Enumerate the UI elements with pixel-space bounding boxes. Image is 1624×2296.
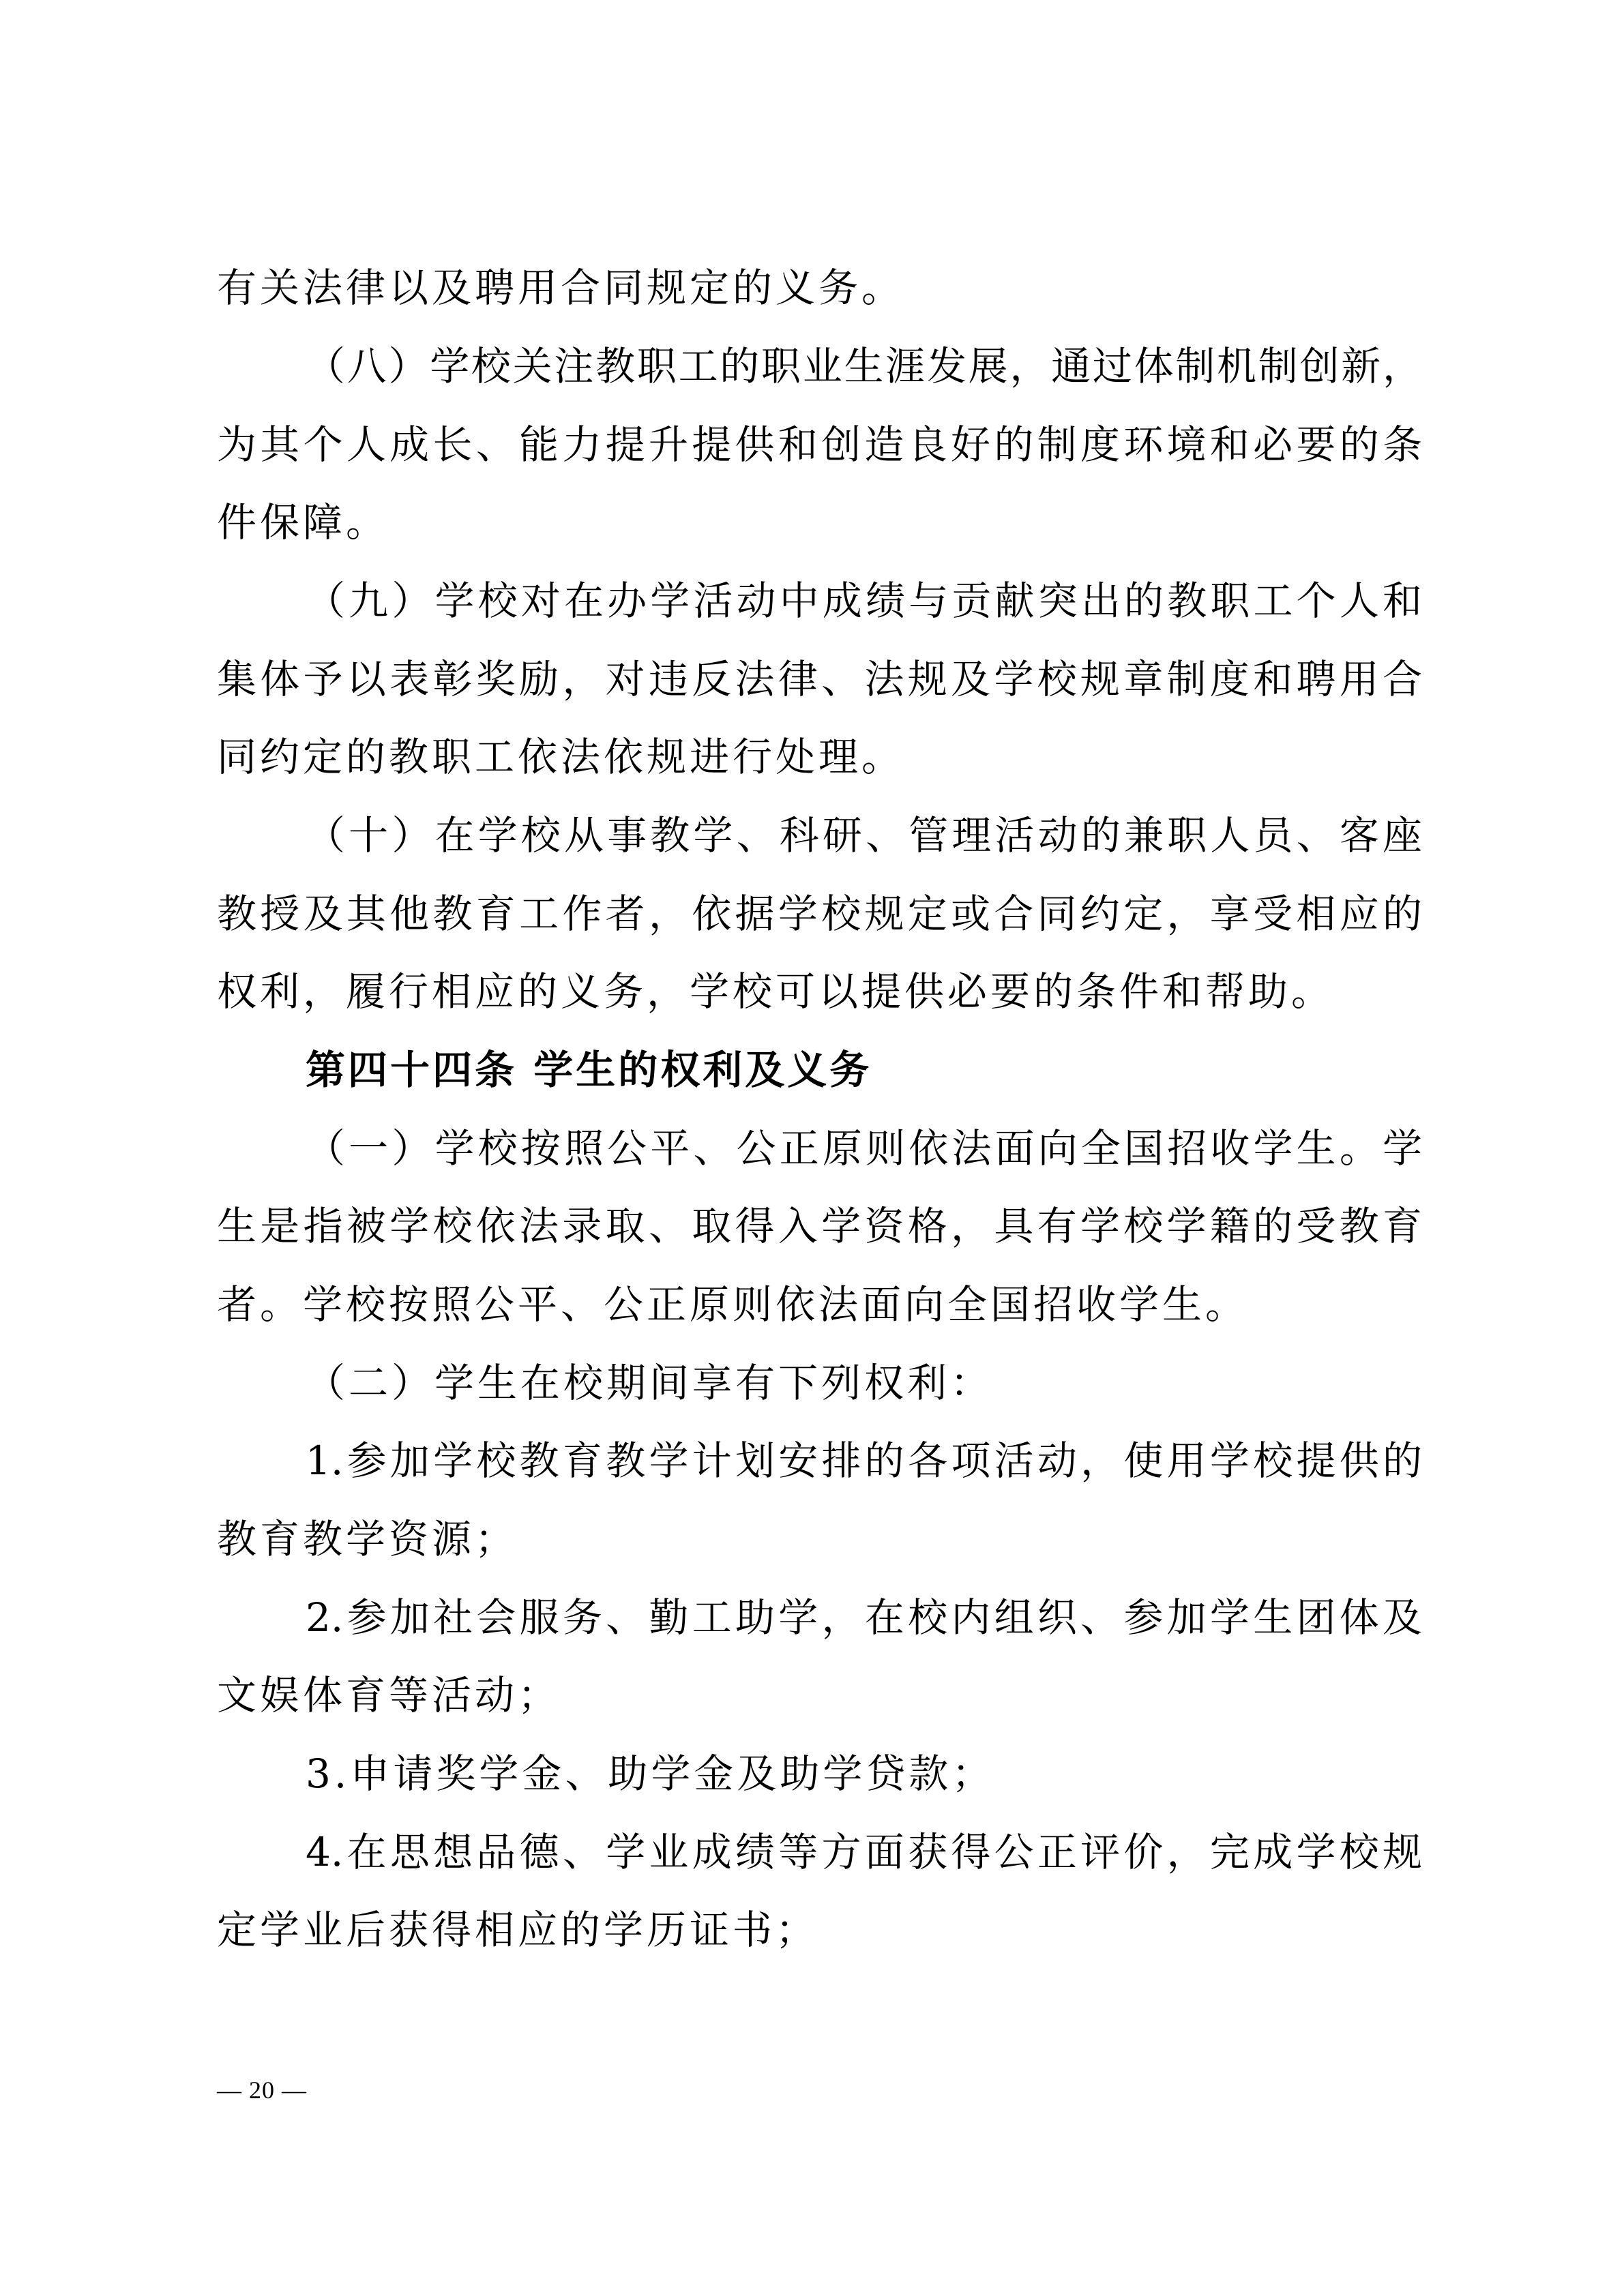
body-line: （八）学校关注教职工的职业生涯发展，通过体制机制创新， [306,339,1422,393]
body-line: （十）在学校从事教学、科研、管理活动的兼职人员、客座 [306,808,1422,863]
body-line: 教授及其他教育工作者，依据学校规定或合同约定，享受相应的 [217,886,1422,941]
page-number: — 20 — [217,2073,307,2107]
body-line: 同约定的教职工依法依规进行处理。 [217,730,1422,784]
body-line: 件保障。 [217,495,1422,550]
body-line: 为其个人成长、能力提升提供和创造良好的制度环境和必要的条 [217,417,1422,472]
body-line: 集体予以表彰奖励，对违反法律、法规及学校规章制度和聘用合 [217,652,1422,706]
body-line: 者。学校按照公平、公正原则依法面向全国招收学生。 [217,1277,1422,1332]
body-line: （二）学生在校期间享有下列权利： [306,1356,1422,1410]
body-line: 有关法律以及聘用合同规定的义务。 [217,260,1422,315]
list-item: 3.申请奖学金、助学金及助学贷款； [306,1746,1422,1801]
body-line: （一）学校按照公平、公正原则依法面向全国招收学生。学 [306,1121,1422,1176]
list-item: 1.参加学校教育教学计划安排的各项活动，使用学校提供的 [306,1433,1422,1488]
body-line: 定学业后获得相应的学历证书； [217,1903,1422,1957]
body-line: 教育教学资源； [217,1512,1422,1566]
body-line: （九）学校对在办学活动中成绩与贡献突出的教职工个人和 [306,573,1422,628]
list-item: 2.参加社会服务、勤工助学，在校内组织、参加学生团体及 [306,1590,1422,1645]
article-heading: 第四十四条 学生的权利及义务 [306,1043,1422,1097]
body-line: 生是指被学校依法录取、取得入学资格，具有学校学籍的受教育 [217,1199,1422,1253]
body-line: 文娱体育等活动； [217,1668,1422,1723]
body-line: 权利，履行相应的义务，学校可以提供必要的条件和帮助。 [217,964,1422,1019]
document-page: 有关法律以及聘用合同规定的义务。 （八）学校关注教职工的职业生涯发展，通过体制机… [0,0,1624,2296]
list-item: 4.在思想品德、学业成绩等方面获得公正评价，完成学校规 [306,1825,1422,1879]
